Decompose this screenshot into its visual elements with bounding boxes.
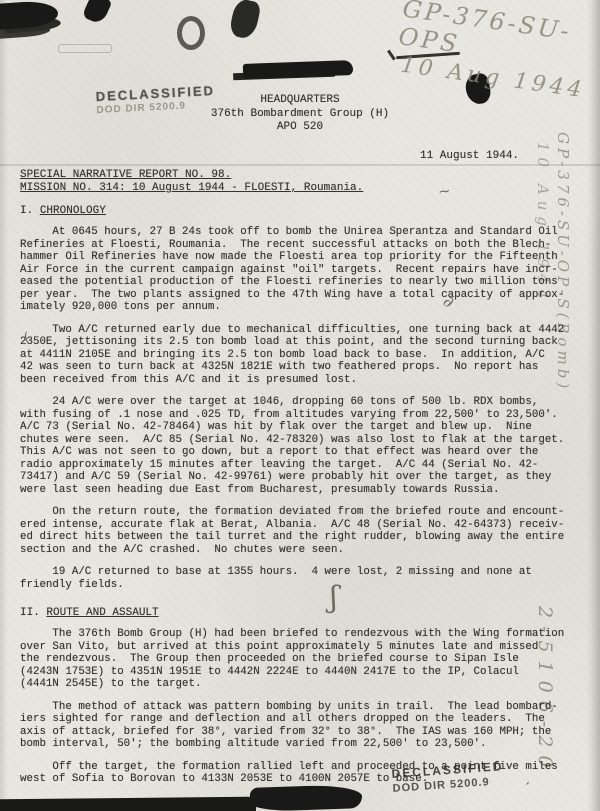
ink-blot-top-left [0,0,59,30]
ink-ring-mark [177,16,205,50]
section-number: II. [20,607,46,619]
section-heading: II. ROUTE AND ASSAULT [20,607,586,619]
ink-bar-bottom-left [0,797,256,811]
document-date: 11 August 1944. [420,150,519,162]
paragraph: Two A/C returned early due to mechanical… [20,324,586,387]
document-body: I. CHRONOLOGY At 0645 hours, 27 B 24s to… [20,205,586,796]
letterhead-apo: APO 520 [0,121,600,135]
section-heading: I. CHRONOLOGY [20,205,586,217]
section-title: CHRONOLOGY [40,205,106,217]
paragraph: The method of attack was pattern bombing… [20,701,586,751]
letterhead: HEADQUARTERS 376th Bombardment Group (H)… [0,94,600,135]
paragraph: Off the target, the formation rallied le… [20,761,586,786]
ink-blot-small [82,0,113,25]
paragraph: 19 A/C returned to base at 1355 hours. 4… [20,566,586,591]
report-title-block: SPECIAL NARRATIVE REPORT NO. 98. MISSION… [20,169,363,195]
letterhead-unit: 376th Bombardment Group (H) [0,108,600,122]
paragraph: The 376th Bomb Group (H) had been briefe… [20,628,586,691]
paragraph: At 0645 hours, 27 B 24s took off to bomb… [20,226,586,314]
mission-title: MISSION NO. 314: 10 August 1944 - FLOEST… [20,182,363,195]
section-title: ROUTE AND ASSAULT [46,607,158,619]
scanned-document-page: GP-376-SU-OPS 10 Aug 1944 GP-376-SU-OP-S… [0,0,600,811]
ink-blot-top-center [228,0,261,40]
faint-scribble-mark [58,44,112,53]
report-title: SPECIAL NARRATIVE REPORT NO. 98. [20,169,363,182]
paragraph: On the return route, the formation devia… [20,506,586,556]
paper-crease [0,164,600,166]
pencil-squiggle: ~ [437,181,452,201]
letterhead-headquarters: HEADQUARTERS [0,94,600,108]
ink-bar-above-header [243,60,353,79]
paragraph: 24 A/C were over the target at 1046, dro… [20,396,586,496]
section-number: I. [20,205,40,217]
handwritten-annotation-top-right: GP-376-SU-OPS 10 Aug 1944 [393,0,600,105]
